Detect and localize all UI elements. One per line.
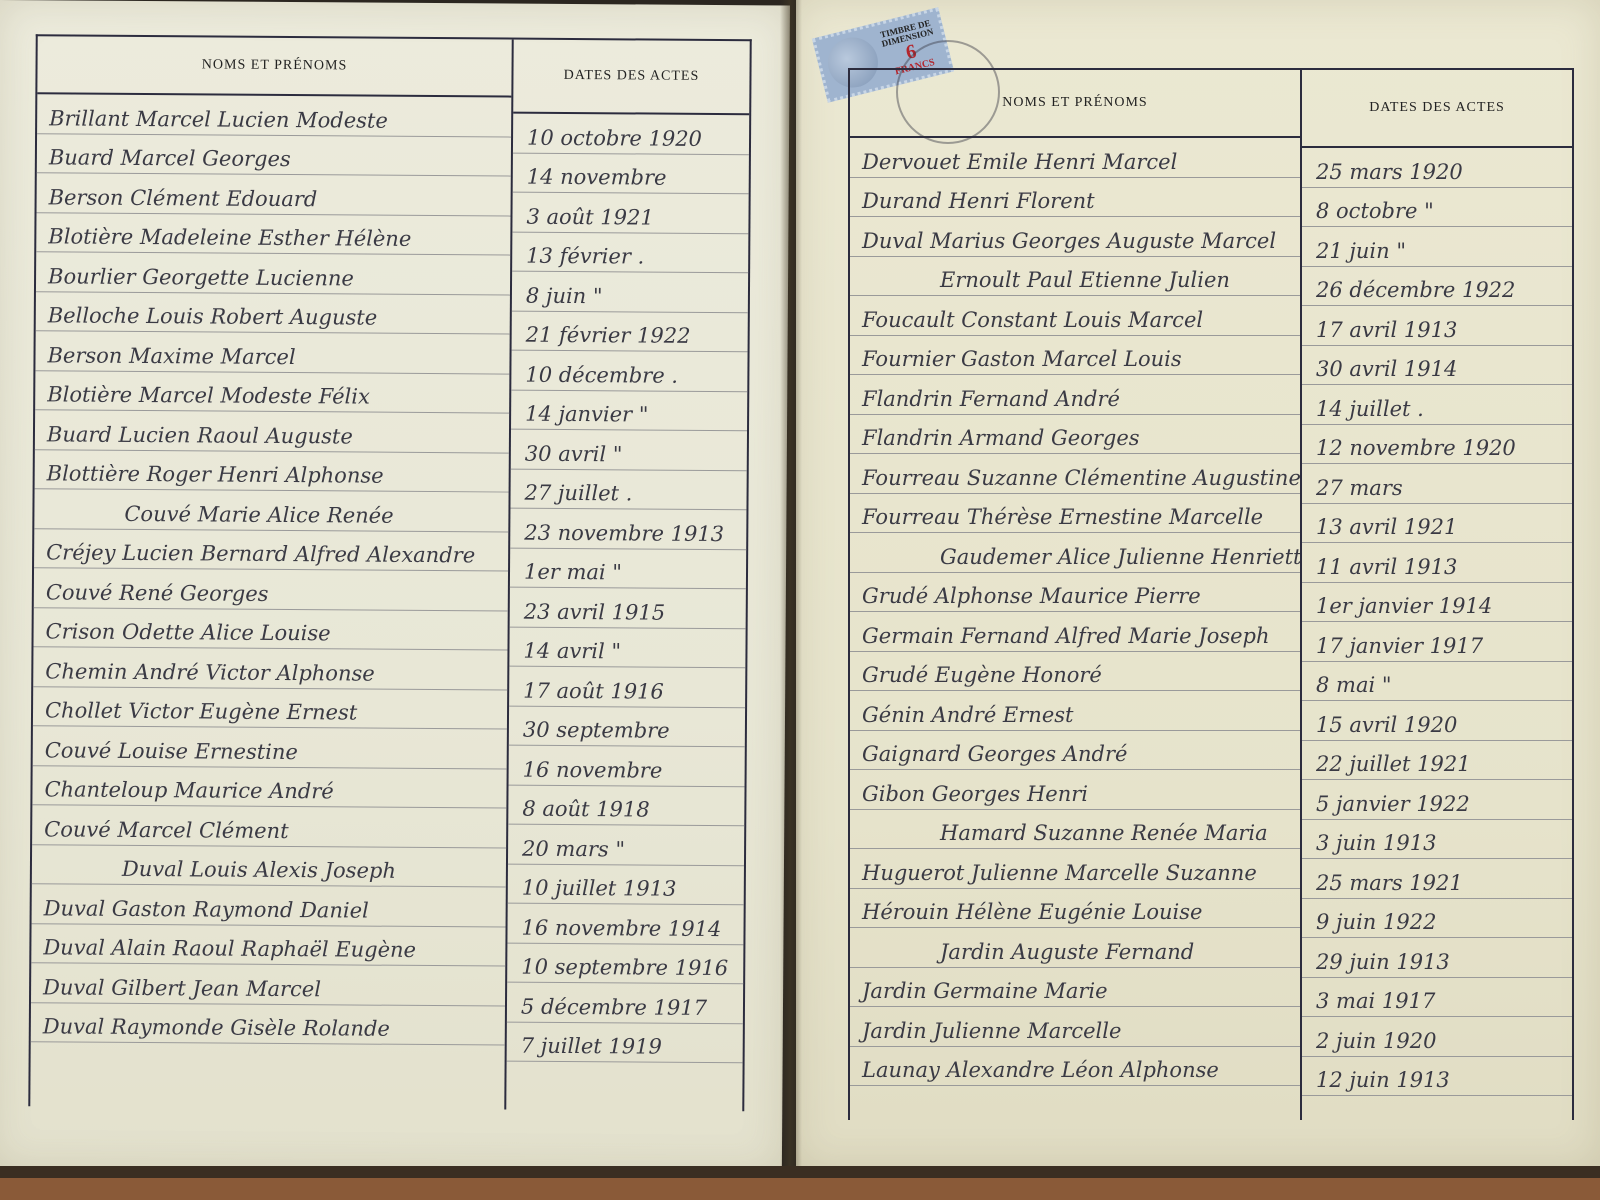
entry-name: Grudé Alphonse Maurice Pierre xyxy=(850,573,1300,613)
entry-date: 7 juillet 1919 xyxy=(507,1022,743,1063)
entry-name: Chollet Victor Eugène Ernest xyxy=(33,687,507,730)
entry-date: 1er mai " xyxy=(510,548,746,589)
left-dates-column: DATES DES ACTES 10 octobre 192014 novemb… xyxy=(507,40,750,1064)
entry-date: 9 juin 1922 xyxy=(1302,899,1572,939)
left-page: NOMS ET PRÉNOMS Brillant Marcel Lucien M… xyxy=(0,0,790,1173)
entry-date: 10 octobre 1920 xyxy=(513,114,749,155)
left-register-table: NOMS ET PRÉNOMS Brillant Marcel Lucien M… xyxy=(28,34,751,1111)
entry-name: Durand Henri Florent xyxy=(850,178,1300,218)
entry-name: Couvé René Georges xyxy=(34,568,508,611)
left-names-header: NOMS ET PRÉNOMS xyxy=(37,36,511,97)
entry-name: Génin André Ernest xyxy=(850,691,1300,731)
entry-date: 1er janvier 1914 xyxy=(1302,583,1572,623)
entry-name: Couvé Louise Ernestine xyxy=(33,726,507,769)
entry-name: Bourlier Georgette Lucienne xyxy=(36,252,510,295)
entry-date: 11 avril 1913 xyxy=(1302,543,1572,583)
left-dates-list: 10 octobre 192014 novembre3 août 192113 … xyxy=(507,114,750,1064)
entry-date: 15 avril 1920 xyxy=(1302,701,1572,741)
entry-name: Fourreau Suzanne Clémentine Augustine Er… xyxy=(850,454,1300,494)
table-edge xyxy=(0,1166,1600,1200)
entry-date: 10 septembre 1916 xyxy=(507,943,743,984)
entry-name: Duval Gaston Raymond Daniel xyxy=(32,884,506,927)
entry-name: Duval Raymonde Gisèle Rolande xyxy=(31,1003,505,1046)
entry-name: Buard Marcel Georges xyxy=(37,134,511,177)
entry-name: Hérouin Hélène Eugénie Louise xyxy=(850,889,1300,929)
entry-name: Chemin André Victor Alphonse xyxy=(33,647,507,690)
entry-name: Buard Lucien Raoul Auguste xyxy=(35,410,509,453)
entry-date: 30 avril 1914 xyxy=(1302,346,1572,386)
entry-name: Hamard Suzanne Renée Maria xyxy=(850,810,1300,850)
entry-date: 23 novembre 1913 xyxy=(510,509,746,550)
entry-date: 25 mars 1920 xyxy=(1302,148,1572,188)
right-page: TIMBRE DE DIMENSION 6 FRANCS NOMS ET PRÉ… xyxy=(796,0,1600,1168)
entry-name: Duval Alain Raoul Raphaël Eugène xyxy=(31,924,505,967)
entry-name: Fournier Gaston Marcel Louis xyxy=(850,336,1300,376)
entry-date: 30 septembre xyxy=(509,706,745,747)
entry-date: 2 juin 1920 xyxy=(1302,1017,1572,1057)
entry-name: Launay Alexandre Léon Alphonse xyxy=(850,1047,1300,1087)
entry-name: Fourreau Thérèse Ernestine Marcelle xyxy=(850,494,1300,534)
book-spine xyxy=(780,0,802,1200)
entry-name: Flandrin Armand Georges xyxy=(850,415,1300,455)
entry-name: Germain Fernand Alfred Marie Joseph xyxy=(850,612,1300,652)
entry-name: Dervouet Emile Henri Marcel xyxy=(850,138,1300,178)
entry-date: 29 juin 1913 xyxy=(1302,938,1572,978)
entry-date: 16 novembre xyxy=(509,746,745,787)
entry-date: 17 avril 1913 xyxy=(1302,306,1572,346)
entry-name: Flandrin Fernand André xyxy=(850,375,1300,415)
entry-date: 22 juillet 1921 xyxy=(1302,741,1572,781)
entry-date: 14 novembre xyxy=(513,153,749,194)
entry-date: 14 janvier " xyxy=(511,390,747,431)
entry-date: 8 octobre " xyxy=(1302,188,1572,228)
entry-name: Berson Maxime Marcel xyxy=(35,331,509,374)
entry-date: 13 avril 1921 xyxy=(1302,504,1572,544)
entry-date: 5 décembre 1917 xyxy=(507,983,743,1024)
entry-name: Couvé Marcel Clément xyxy=(32,805,506,848)
entry-date: 30 avril " xyxy=(511,430,747,471)
right-dates-list: 25 mars 19208 octobre "21 juin "26 décem… xyxy=(1302,148,1572,1096)
entry-name: Gibon Georges Henri xyxy=(850,770,1300,810)
entry-date: 12 novembre 1920 xyxy=(1302,425,1572,465)
entry-name: Brillant Marcel Lucien Modeste xyxy=(37,94,511,137)
entry-date: 3 juin 1913 xyxy=(1302,820,1572,860)
entry-name: Duval Gilbert Jean Marcel xyxy=(31,963,505,1006)
entry-date: 27 mars xyxy=(1302,464,1572,504)
right-names-header: NOMS ET PRÉNOMS xyxy=(850,70,1300,138)
entry-name: Gaudemer Alice Julienne Henriette xyxy=(850,533,1300,573)
entry-name: Créjey Lucien Bernard Alfred Alexandre xyxy=(34,529,508,572)
entry-date: 10 décembre . xyxy=(511,351,747,392)
entry-name: Belloche Louis Robert Auguste xyxy=(36,292,510,335)
entry-date: 21 juin " xyxy=(1302,227,1572,267)
entry-name: Jardin Julienne Marcelle xyxy=(850,1007,1300,1047)
entry-name: Blotière Madeleine Esther Hélène xyxy=(36,213,510,256)
right-register-table: NOMS ET PRÉNOMS Dervouet Emile Henri Mar… xyxy=(848,68,1574,1120)
entry-date: 14 juillet . xyxy=(1302,385,1572,425)
entry-date: 8 juin " xyxy=(512,272,748,313)
entry-date: 3 août 1921 xyxy=(512,193,748,234)
entry-name: Berson Clément Edouard xyxy=(37,173,511,216)
left-names-column: NOMS ET PRÉNOMS Brillant Marcel Lucien M… xyxy=(30,36,513,1109)
entry-date: 5 janvier 1922 xyxy=(1302,780,1572,820)
entry-name: Crison Odette Alice Louise xyxy=(33,608,507,651)
entry-date: 23 avril 1915 xyxy=(510,588,746,629)
entry-name: Jardin Auguste Fernand xyxy=(850,928,1300,968)
entry-date: 12 juin 1913 xyxy=(1302,1057,1572,1097)
entry-date: 17 août 1916 xyxy=(509,667,745,708)
entry-date: 25 mars 1921 xyxy=(1302,859,1572,899)
entry-name: Duval Louis Alexis Joseph xyxy=(32,845,506,888)
entry-name: Huguerot Julienne Marcelle Suzanne xyxy=(850,849,1300,889)
entry-name: Gaignard Georges André xyxy=(850,731,1300,771)
entry-date: 8 mai " xyxy=(1302,662,1572,702)
entry-name: Blotière Marcel Modeste Félix xyxy=(35,371,509,414)
right-names-column: NOMS ET PRÉNOMS Dervouet Emile Henri Mar… xyxy=(850,70,1302,1120)
entry-name: Grudé Eugène Honoré xyxy=(850,652,1300,692)
entry-name: Chanteloup Maurice André xyxy=(32,766,506,809)
entry-date: 8 août 1918 xyxy=(508,785,744,826)
entry-date: 3 mai 1917 xyxy=(1302,978,1572,1018)
entry-date: 26 décembre 1922 xyxy=(1302,267,1572,307)
entry-date: 10 juillet 1913 xyxy=(508,864,744,905)
entry-name: Couvé Marie Alice Renée xyxy=(34,489,508,532)
entry-date: 16 novembre 1914 xyxy=(507,904,743,945)
entry-date: 20 mars " xyxy=(508,825,744,866)
right-dates-column: DATES DES ACTES 25 mars 19208 octobre "2… xyxy=(1302,70,1572,1096)
entry-name: Ernoult Paul Etienne Julien xyxy=(850,257,1300,297)
entry-name: Duval Marius Georges Auguste Marcel xyxy=(850,217,1300,257)
entry-name: Blottière Roger Henri Alphonse xyxy=(35,450,509,493)
entry-date: 21 février 1922 xyxy=(512,311,748,352)
entry-date: 27 juillet . xyxy=(510,469,746,510)
left-names-list: Brillant Marcel Lucien ModesteBuard Marc… xyxy=(31,94,512,1045)
entry-date: 14 avril " xyxy=(509,627,745,668)
entry-name: Jardin Germaine Marie xyxy=(850,968,1300,1008)
entry-name: Foucault Constant Louis Marcel xyxy=(850,296,1300,336)
right-dates-header: DATES DES ACTES xyxy=(1302,70,1572,148)
entry-date: 17 janvier 1917 xyxy=(1302,622,1572,662)
entry-date: 13 février . xyxy=(512,232,748,273)
left-dates-header: DATES DES ACTES xyxy=(513,40,750,116)
right-names-list: Dervouet Emile Henri MarcelDurand Henri … xyxy=(850,138,1300,1086)
